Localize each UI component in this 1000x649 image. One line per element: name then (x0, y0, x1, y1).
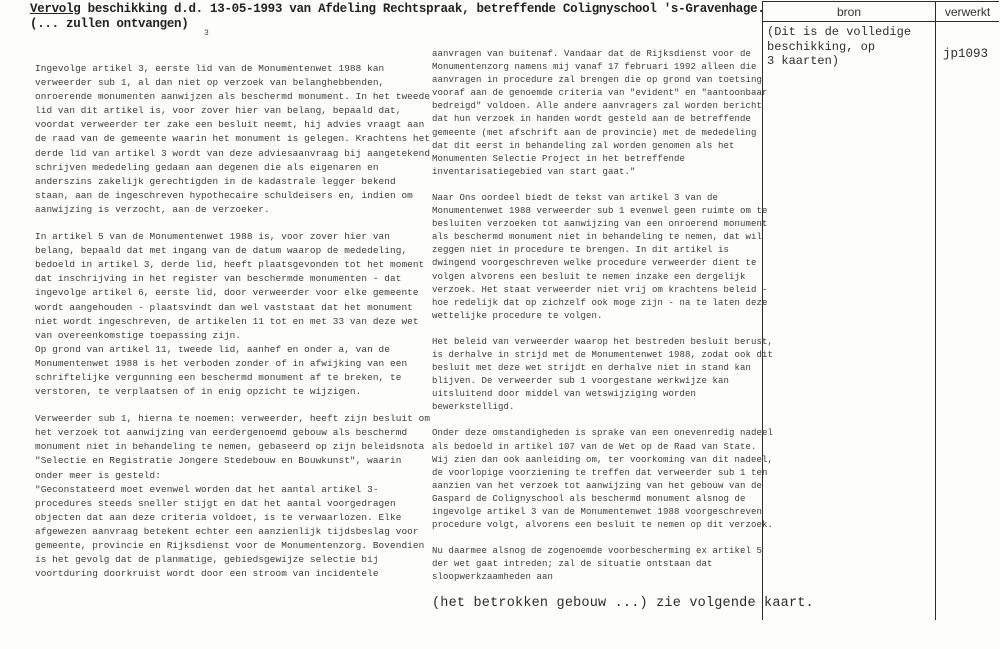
bron-column-header: bron (763, 2, 935, 22)
meta-column-bron: bron (Dit is de volledige beschikking, o… (763, 2, 935, 620)
document-title: Vervolg beschikking d.d. 13-05-1993 van … (30, 2, 765, 17)
page-number: 3 (204, 29, 209, 38)
meta-table: bron (Dit is de volledige beschikking, o… (762, 1, 999, 620)
text-paragraph: Naar Ons oordeel biedt de tekst van arti… (432, 192, 774, 323)
text-paragraph: In artikel 5 van de Monumentenwet 1988 i… (35, 230, 431, 399)
text-column-right: aanvragen van buitenaf. Vandaar dat de R… (432, 48, 774, 611)
verwerkt-code: jp1093 (936, 22, 999, 61)
document-subtitle: (... zullen ontvangen) (30, 17, 188, 31)
text-paragraph: aanvragen van buitenaf. Vandaar dat de R… (432, 48, 774, 179)
right-column-blocks: aanvragen van buitenaf. Vandaar dat de R… (432, 48, 774, 584)
text-column-left: Ingevolge artikel 3, eerste lid van de M… (35, 62, 431, 594)
text-paragraph: Nu daarmee alsnog de zogenoemde voorbesc… (432, 545, 774, 584)
document-title-underlined: Vervolg (30, 2, 80, 16)
archive-card: Vervolg beschikking d.d. 13-05-1993 van … (0, 0, 1000, 649)
text-paragraph: Het beleid van verweerder waarop het bes… (432, 336, 774, 415)
text-paragraph: Verweerder sub 1, hierna te noemen: verw… (35, 412, 431, 581)
meta-column-verwerkt: verwerkt jp1093 (935, 2, 999, 620)
text-paragraph: Onder deze omstandigheden is sprake van … (432, 427, 774, 532)
closing-reference-line: (het betrokken gebouw ...) zie volgende … (432, 597, 774, 610)
verwerkt-column-header: verwerkt (936, 2, 999, 22)
text-paragraph: Ingevolge artikel 3, eerste lid van de M… (35, 62, 431, 217)
bron-note: (Dit is de volledige beschikking, op 3 k… (763, 22, 935, 69)
document-title-rest: beschikking d.d. 13-05-1993 van Afdeling… (80, 2, 764, 16)
